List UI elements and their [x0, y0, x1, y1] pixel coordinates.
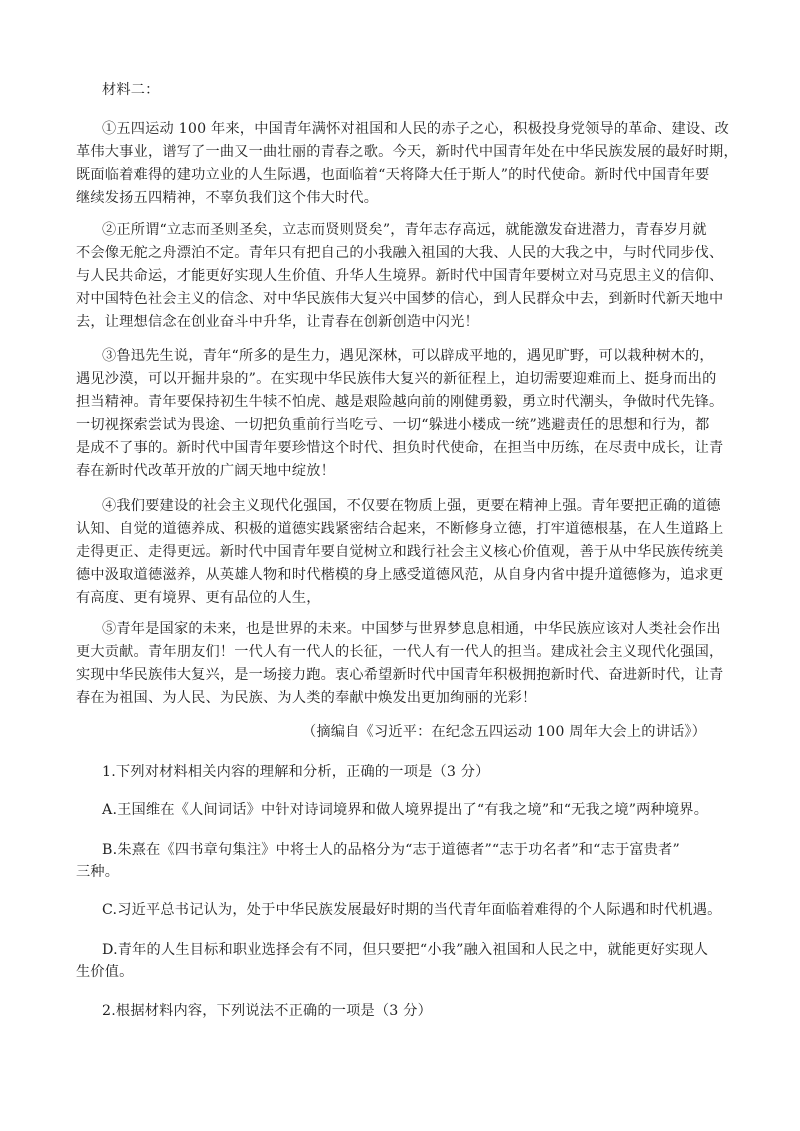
paragraph-3-line: 是成不了事的。新时代中国青年要珍惜这个时代、担负时代使命，在担当中历练，在尽责中…	[76, 438, 723, 458]
question-1-option-d-cont: 生价值。	[76, 962, 134, 982]
question-1-option-a: A.王国维在《人间词话》中针对诗词境界和做人境界提出了“有我之境”和“无我之境”…	[102, 800, 708, 820]
paragraph-3-line: 担当精神。青年要保持初生牛犊不怕虎、越是艰险越向前的刚健勇毅，勇立时代潮头，争做…	[76, 392, 723, 412]
paragraph-4-line: ④我们要建设的社会主义现代化强国，不仅要在物质上强，更要在精神上强。青年要把正确…	[102, 496, 721, 516]
paragraph-4-line: 走得更正、走得更远。新时代中国青年要自觉树立和践行社会主义核心价值观，善于从中华…	[76, 542, 723, 562]
paragraph-5-line: 春在为祖国、为人民、为民族、为人类的奉献中焕发出更加绚丽的光彩！	[76, 688, 536, 708]
question-1-stem: 1.下列对材料相关内容的理解和分析，正确的一项是（3 分）	[102, 762, 490, 782]
material-heading: 材料二：	[102, 80, 160, 100]
paragraph-2-line: ②正所谓“立志而圣则圣矣，立志而贤则贤矣”，青年志存高远，就能激发奋进潜力，青春…	[102, 220, 707, 240]
question-1-option-d: D.青年的人生目标和职业选择会有不同，但只要把“小我”融入祖国和人民之中，就能更…	[102, 940, 708, 960]
question-1-option-b: B.朱熹在《四书章句集注》中将士人的品格分为“志于道德者”“志于功名者”和“志于…	[102, 840, 680, 860]
paragraph-4-line: 有高度、更有境界、更有品位的人生，	[76, 588, 321, 608]
paragraph-3-line: 春在新时代改革开放的广阔天地中绽放！	[76, 461, 335, 481]
paragraph-1-line: 继续发扬五四精神，不辜负我们这个伟大时代。	[76, 188, 378, 208]
paragraph-3-line: 遇见沙漠，可以开掘井泉的”。在实现中华民族伟大复兴的新征程上，迫切需要迎难而上、…	[76, 369, 717, 389]
paragraph-4-line: 认知、自觉的道德养成、积极的道德实践紧密结合起来，不断修身立德，打牢道德根基，在…	[76, 519, 723, 539]
paragraph-1-line: 革伟大事业，谱写了一曲又一曲壮丽的青春之歌。今天，新时代中国青年处在中华民族发展…	[76, 142, 738, 162]
paragraph-3-line: 一切视探索尝试为畏途、一切把负重前行当吃亏、一切“躲进小楼成一统”逃避责任的思想…	[76, 415, 710, 435]
paragraph-5-line: 更大贡献。青年朋友们！一代人有一代人的长征，一代人有一代人的担当。建成社会主义现…	[76, 642, 723, 662]
question-1-option-c: C.习近平总书记认为，处于中华民族发展最好时期的当代青年面临着难得的个人际遇和时…	[102, 900, 722, 920]
paragraph-1-line: ①五四运动 100 年来，中国青年满怀对祖国和人民的赤子之心，积极投身党领导的革…	[102, 119, 729, 139]
paragraph-5-line: ⑤青年是国家的未来，也是世界的未来。中国梦与世界梦息息相通，中华民族应该对人类社…	[102, 619, 721, 639]
paragraph-3-line: ③鲁迅先生说，青年“所多的是生力，遇见深林，可以辟成平地的，遇见旷野，可以栽种树…	[102, 346, 714, 366]
paragraph-2-line: 不会像无舵之舟漂泊不定。青年只有把自己的小我融入祖国的大我、人民的大我之中，与时…	[76, 243, 723, 263]
paragraph-1-line: 既面临着难得的建功立业的人生际遇，也面临着“天将降大任于斯人”的时代使命。新时代…	[76, 165, 710, 185]
question-1-option-b-cont: 三种。	[76, 862, 119, 882]
paragraph-4-line: 德中汲取道德滋养，从英雄人物和时代楷模的身上感受道德风范，从自身内省中提升道德修…	[76, 565, 723, 585]
source-citation: （摘编自《习近平：在纪念五四运动 100 周年大会上的讲话》）	[302, 722, 706, 742]
paragraph-2-line: 去，让理想信念在创业奋斗中升华，让青春在创新创造中闪光！	[76, 312, 479, 332]
paragraph-2-line: 对中国特色社会主义的信念、对中华民族伟大复兴中国梦的信心，到人民群众中去，到新时…	[76, 289, 723, 309]
paragraph-5-line: 实现中华民族伟大复兴，是一场接力跑。衷心希望新时代中国青年积极拥抱新时代、奋进新…	[76, 665, 723, 685]
question-2-stem: 2.根据材料内容，下列说法不正确的一项是（3 分）	[102, 1001, 432, 1021]
paragraph-2-line: 与人民共命运，才能更好实现人生价值、升华人生境界。新时代中国青年要树立对马克思主…	[76, 266, 723, 286]
